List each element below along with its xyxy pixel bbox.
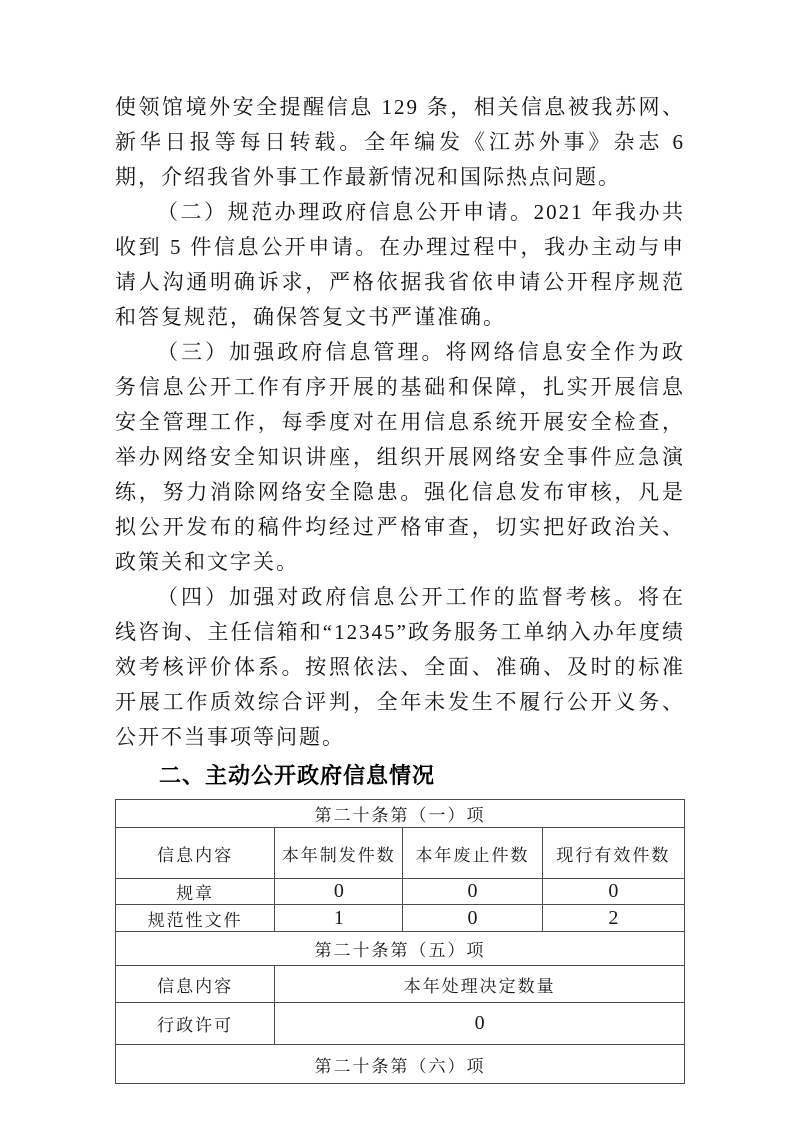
paragraph-item-3: （三）加强政府信息管理。将网络信息安全作为政务信息公开工作有序开展的基础和保障，… <box>115 335 685 580</box>
value-cell: 0 <box>403 905 542 932</box>
row-label: 规范性文件 <box>116 905 275 932</box>
header-cell: 信息内容 <box>116 966 275 1003</box>
row-label: 规章 <box>116 879 275 905</box>
header-cell: 本年制发件数 <box>275 828 403 879</box>
header-cell: 本年处理决定数量 <box>275 966 685 1003</box>
table-row: 行政许可 0 <box>116 1003 685 1045</box>
value-cell: 1 <box>275 905 403 932</box>
section1-title: 第二十条第（一）项 <box>116 800 685 828</box>
table-section-title-row: 第二十条第（六）项 <box>116 1045 685 1084</box>
table-header-row: 信息内容 本年制发件数 本年废止件数 现行有效件数 <box>116 828 685 879</box>
table-row: 规范性文件 1 0 2 <box>116 905 685 932</box>
value-cell: 0 <box>275 1003 685 1045</box>
header-cell: 本年废止件数 <box>403 828 542 879</box>
table-section-title-row: 第二十条第（一）项 <box>116 800 685 828</box>
value-cell: 2 <box>542 905 684 932</box>
value-cell: 0 <box>542 879 684 905</box>
section5-title: 第二十条第（五）项 <box>116 932 685 966</box>
section6-title: 第二十条第（六）项 <box>116 1045 685 1084</box>
row-label: 行政许可 <box>116 1003 275 1045</box>
paragraph-continuation: 使领馆境外安全提醒信息 129 条，相关信息被我苏网、新华日报等每日转载。全年编… <box>115 90 685 195</box>
report-body: 使领馆境外安全提醒信息 129 条，相关信息被我苏网、新华日报等每日转载。全年编… <box>115 90 685 755</box>
document-page: 使领馆境外安全提醒信息 129 条，相关信息被我苏网、新华日报等每日转载。全年编… <box>0 0 800 1132</box>
table-header-row: 信息内容 本年处理决定数量 <box>116 966 685 1003</box>
table-section-title-row: 第二十条第（五）项 <box>116 932 685 966</box>
disclosure-stats-table: 第二十条第（一）项 信息内容 本年制发件数 本年废止件数 现行有效件数 规章 0… <box>115 799 685 1084</box>
value-cell: 0 <box>403 879 542 905</box>
paragraph-item-4: （四）加强对政府信息公开工作的监督考核。将在线咨询、主任信箱和“12345”政务… <box>115 580 685 755</box>
header-cell: 信息内容 <box>116 828 275 879</box>
value-cell: 0 <box>275 879 403 905</box>
section-heading: 二、主动公开政府信息情况 <box>115 759 685 792</box>
table-row: 规章 0 0 0 <box>116 879 685 905</box>
header-cell: 现行有效件数 <box>542 828 684 879</box>
paragraph-item-2: （二）规范办理政府信息公开申请。2021 年我办共收到 5 件信息公开申请。在办… <box>115 195 685 335</box>
